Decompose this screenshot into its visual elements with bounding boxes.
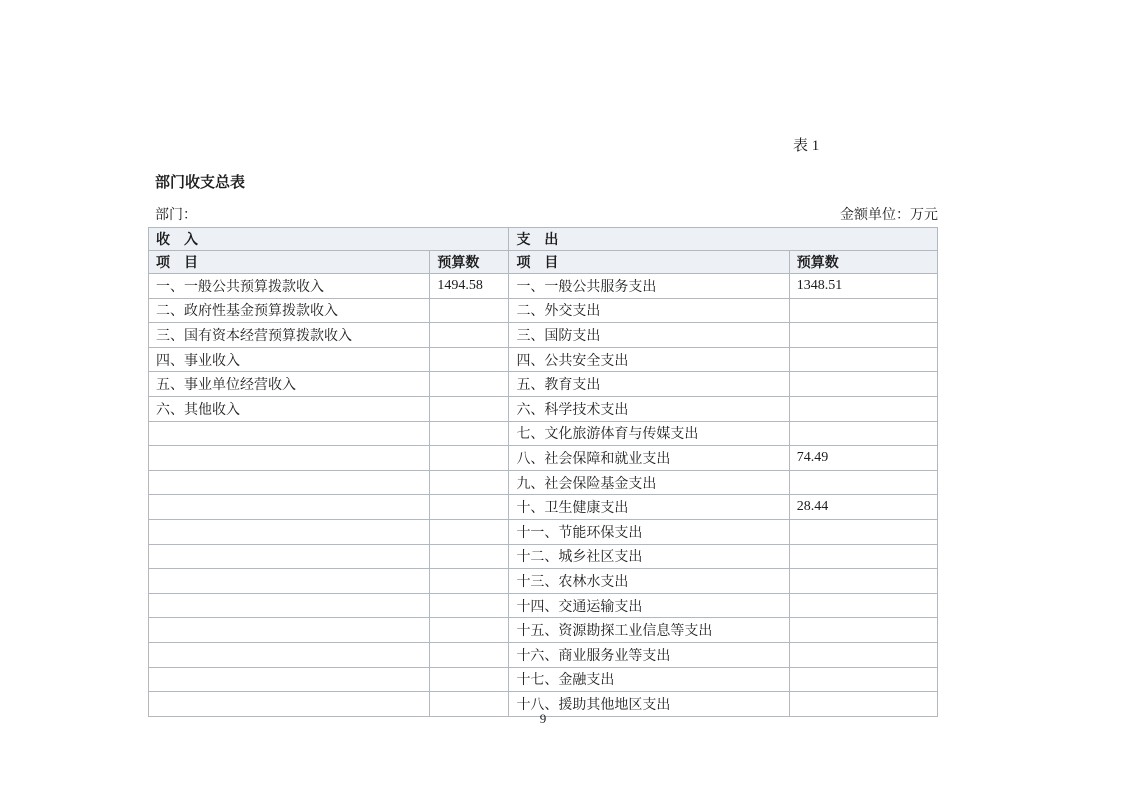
expense-budget-cell: 28.44 [789,495,937,520]
expense-item-header: 项 目 [509,251,789,274]
table-row: 十三、农林水支出 [149,569,938,594]
document-page: 表 1 部门收支总表 部门： 金额单位：万元 收 入 支 出 项 目 预算数 项… [0,0,1122,793]
income-item-cell [149,593,430,618]
income-item-cell [149,446,430,471]
expense-item-cell: 六、科学技术支出 [509,396,789,421]
expense-item-cell: 十一、节能环保支出 [509,519,789,544]
expense-item-cell: 二、外交支出 [509,298,789,323]
income-item-header: 项 目 [149,251,430,274]
income-budget-cell [430,642,509,667]
income-budget-cell [430,544,509,569]
income-item-cell [149,642,430,667]
amount-unit-label: 金额单位：万元 [840,204,938,224]
expense-budget-cell [789,347,937,372]
table-row: 十二、城乡社区支出 [149,544,938,569]
expense-budget-cell: 74.49 [789,446,937,471]
expense-item-cell: 七、文化旅游体育与传媒支出 [509,421,789,446]
expense-budget-cell [789,323,937,348]
income-item-cell: 五、事业单位经营收入 [149,372,430,397]
expense-budget-header: 预算数 [789,251,937,274]
income-budget-cell [430,298,509,323]
expense-item-cell: 十、卫生健康支出 [509,495,789,520]
income-budget-cell: 1494.58 [430,274,509,299]
table-row: 十五、资源勘探工业信息等支出 [149,618,938,643]
budget-table-body: 一、一般公共预算拨款收入1494.58一、一般公共服务支出1348.51二、政府… [149,274,938,717]
income-budget-cell [430,593,509,618]
income-budget-cell [430,446,509,471]
expense-budget-cell [789,618,937,643]
income-budget-cell [430,396,509,421]
income-budget-cell [430,569,509,594]
income-item-cell: 四、事业收入 [149,347,430,372]
column-header-row: 项 目 预算数 项 目 预算数 [149,251,938,274]
table-row: 二、政府性基金预算拨款收入二、外交支出 [149,298,938,323]
expense-item-cell: 十二、城乡社区支出 [509,544,789,569]
income-group-header: 收 入 [149,228,509,251]
table-row: 一、一般公共预算拨款收入1494.58一、一般公共服务支出1348.51 [149,274,938,299]
table-row: 五、事业单位经营收入五、教育支出 [149,372,938,397]
expense-item-cell: 十三、农林水支出 [509,569,789,594]
expense-budget-cell [789,372,937,397]
expense-budget-cell [789,298,937,323]
table-row: 十一、节能环保支出 [149,519,938,544]
income-item-cell [149,421,430,446]
expense-budget-cell [789,569,937,594]
expense-item-cell: 十六、商业服务业等支出 [509,642,789,667]
table-row: 十七、金融支出 [149,667,938,692]
meta-row: 部门： 金额单位：万元 [155,204,938,224]
table-number-tag: 表 1 [793,134,819,155]
income-budget-cell [430,421,509,446]
income-budget-cell [430,667,509,692]
expense-item-cell: 十七、金融支出 [509,667,789,692]
income-item-cell [149,569,430,594]
expense-budget-cell [789,593,937,618]
income-item-cell [149,495,430,520]
income-budget-cell [430,495,509,520]
table-row: 七、文化旅游体育与传媒支出 [149,421,938,446]
table-row: 三、国有资本经营预算拨款收入三、国防支出 [149,323,938,348]
table-row: 四、事业收入四、公共安全支出 [149,347,938,372]
income-budget-cell [430,470,509,495]
expense-budget-cell [789,470,937,495]
income-budget-cell [430,372,509,397]
expense-item-cell: 十四、交通运输支出 [509,593,789,618]
expense-group-header: 支 出 [509,228,938,251]
expense-item-cell: 三、国防支出 [509,323,789,348]
table-row: 十四、交通运输支出 [149,593,938,618]
income-item-cell: 三、国有资本经营预算拨款收入 [149,323,430,348]
expense-budget-cell: 1348.51 [789,274,937,299]
expense-budget-cell [789,667,937,692]
page-number: 9 [148,711,938,727]
budget-summary-table: 收 入 支 出 项 目 预算数 项 目 预算数 一、一般公共预算拨款收入1494… [148,227,938,717]
page-title: 部门收支总表 [155,171,245,192]
income-item-cell [149,470,430,495]
income-budget-cell [430,618,509,643]
expense-item-cell: 五、教育支出 [509,372,789,397]
expense-item-cell: 九、社会保险基金支出 [509,470,789,495]
income-item-cell [149,618,430,643]
table-row: 九、社会保险基金支出 [149,470,938,495]
income-budget-cell [430,323,509,348]
expense-budget-cell [789,421,937,446]
income-budget-cell [430,519,509,544]
group-header-row: 收 入 支 出 [149,228,938,251]
table-row: 十、卫生健康支出28.44 [149,495,938,520]
income-budget-cell [430,347,509,372]
expense-item-cell: 十五、资源勘探工业信息等支出 [509,618,789,643]
department-label: 部门： [155,204,197,224]
table-row: 十六、商业服务业等支出 [149,642,938,667]
income-item-cell [149,519,430,544]
income-item-cell [149,667,430,692]
income-item-cell [149,544,430,569]
income-item-cell: 二、政府性基金预算拨款收入 [149,298,430,323]
expense-item-cell: 一、一般公共服务支出 [509,274,789,299]
expense-budget-cell [789,519,937,544]
expense-budget-cell [789,544,937,569]
income-budget-header: 预算数 [430,251,509,274]
expense-item-cell: 八、社会保障和就业支出 [509,446,789,471]
expense-budget-cell [789,642,937,667]
expense-item-cell: 四、公共安全支出 [509,347,789,372]
table-row: 八、社会保障和就业支出74.49 [149,446,938,471]
income-item-cell: 六、其他收入 [149,396,430,421]
table-row: 六、其他收入六、科学技术支出 [149,396,938,421]
expense-budget-cell [789,396,937,421]
income-item-cell: 一、一般公共预算拨款收入 [149,274,430,299]
